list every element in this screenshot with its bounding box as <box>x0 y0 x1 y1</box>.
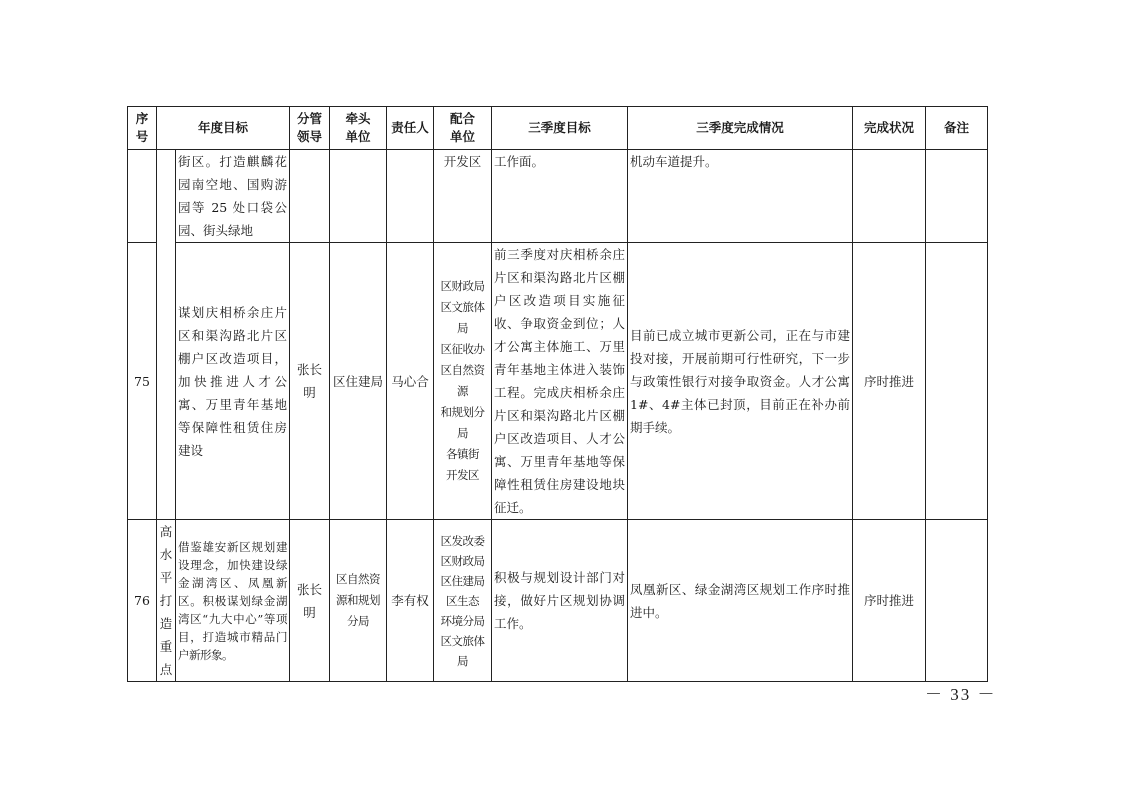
cell-annual-goal: 谋划庆相桥余庄片区和渠沟路北片区棚户区改造项目，加快推进人才公寓、万里青年基地等… <box>176 243 290 520</box>
page-number: － 33 － <box>925 680 997 705</box>
header-annual-goal: 年度目标 <box>157 107 290 150</box>
cell-remark <box>926 150 988 243</box>
header-seq: 序 号 <box>128 107 157 150</box>
cell-responsible: 李有权 <box>387 520 434 682</box>
cell-lead-unit: 区自然资 源和规划 分局 <box>330 520 387 682</box>
header-coop-unit: 配合 单位 <box>434 107 492 150</box>
cell-q3-goal: 前三季度对庆相桥余庄片区和渠沟路北片区棚户区改造项目实施征收、争取资金到位；人才… <box>492 243 628 520</box>
cell-coop-unit: 开发区 <box>434 150 492 243</box>
cell-leader: 张长 明 <box>290 243 330 520</box>
header-q3-goal: 三季度目标 <box>492 107 628 150</box>
cell-remark <box>926 243 988 520</box>
header-row: 序 号 年度目标 分管 领导 牵头 单位 责任人 配合 单位 三季度目标 三季度… <box>128 107 988 150</box>
cell-q3-goal: 工作面。 <box>492 150 628 243</box>
cell-q3-progress: 凤凰新区、绿金湖湾区规划工作序时推进中。 <box>628 520 853 682</box>
cell-status <box>853 150 926 243</box>
cell-seq: 75 <box>128 243 157 520</box>
cell-category: 高 水 平 打 造 重 点 <box>157 520 176 682</box>
header-remark: 备注 <box>926 107 988 150</box>
header-leader: 分管 领导 <box>290 107 330 150</box>
cell-leader <box>290 150 330 243</box>
cell-q3-goal: 积极与规划设计部门对接，做好片区规划协调工作。 <box>492 520 628 682</box>
cell-annual-goal: 借鉴雄安新区规划建设理念，加快建设绿金湖湾区、凤凰新区。积极谋划绿金湖湾区“九大… <box>176 520 290 682</box>
header-lead-unit: 牵头 单位 <box>330 107 387 150</box>
table-row: 75 谋划庆相桥余庄片区和渠沟路北片区棚户区改造项目，加快推进人才公寓、万里青年… <box>128 243 988 520</box>
cell-status: 序时推进 <box>853 243 926 520</box>
table-row: 76 高 水 平 打 造 重 点 借鉴雄安新区规划建设理念，加快建设绿金湖湾区、… <box>128 520 988 682</box>
cell-lead-unit: 区住建局 <box>330 243 387 520</box>
header-status: 完成状况 <box>853 107 926 150</box>
cell-responsible: 马心合 <box>387 243 434 520</box>
cell-lead-unit <box>330 150 387 243</box>
cell-status: 序时推进 <box>853 520 926 682</box>
cell-leader: 张长 明 <box>290 520 330 682</box>
header-responsible: 责任人 <box>387 107 434 150</box>
header-q3-progress: 三季度完成情况 <box>628 107 853 150</box>
table-row: 街区。打造麒麟花园南空地、国购游园等 25 处口袋公园、街头绿地 开发区 工作面… <box>128 150 988 243</box>
cell-category <box>157 150 176 520</box>
cell-annual-goal: 街区。打造麒麟花园南空地、国购游园等 25 处口袋公园、街头绿地 <box>176 150 290 243</box>
cell-seq: 76 <box>128 520 157 682</box>
cell-q3-progress: 机动车道提升。 <box>628 150 853 243</box>
cell-seq <box>128 150 157 243</box>
cell-responsible <box>387 150 434 243</box>
cell-coop-unit: 区发改委 区财政局 区住建局 区生态 环境分局 区文旅体局 <box>434 520 492 682</box>
cell-remark <box>926 520 988 682</box>
cell-q3-progress: 目前已成立城市更新公司，正在与市建投对接，开展前期可行性研究，下一步与政策性银行… <box>628 243 853 520</box>
work-plan-table: 序 号 年度目标 分管 领导 牵头 单位 责任人 配合 单位 三季度目标 三季度… <box>127 106 988 682</box>
cell-coop-unit: 区财政局 区文旅体局 区征收办 区自然资源 和规划分局 各镇街 开发区 <box>434 243 492 520</box>
